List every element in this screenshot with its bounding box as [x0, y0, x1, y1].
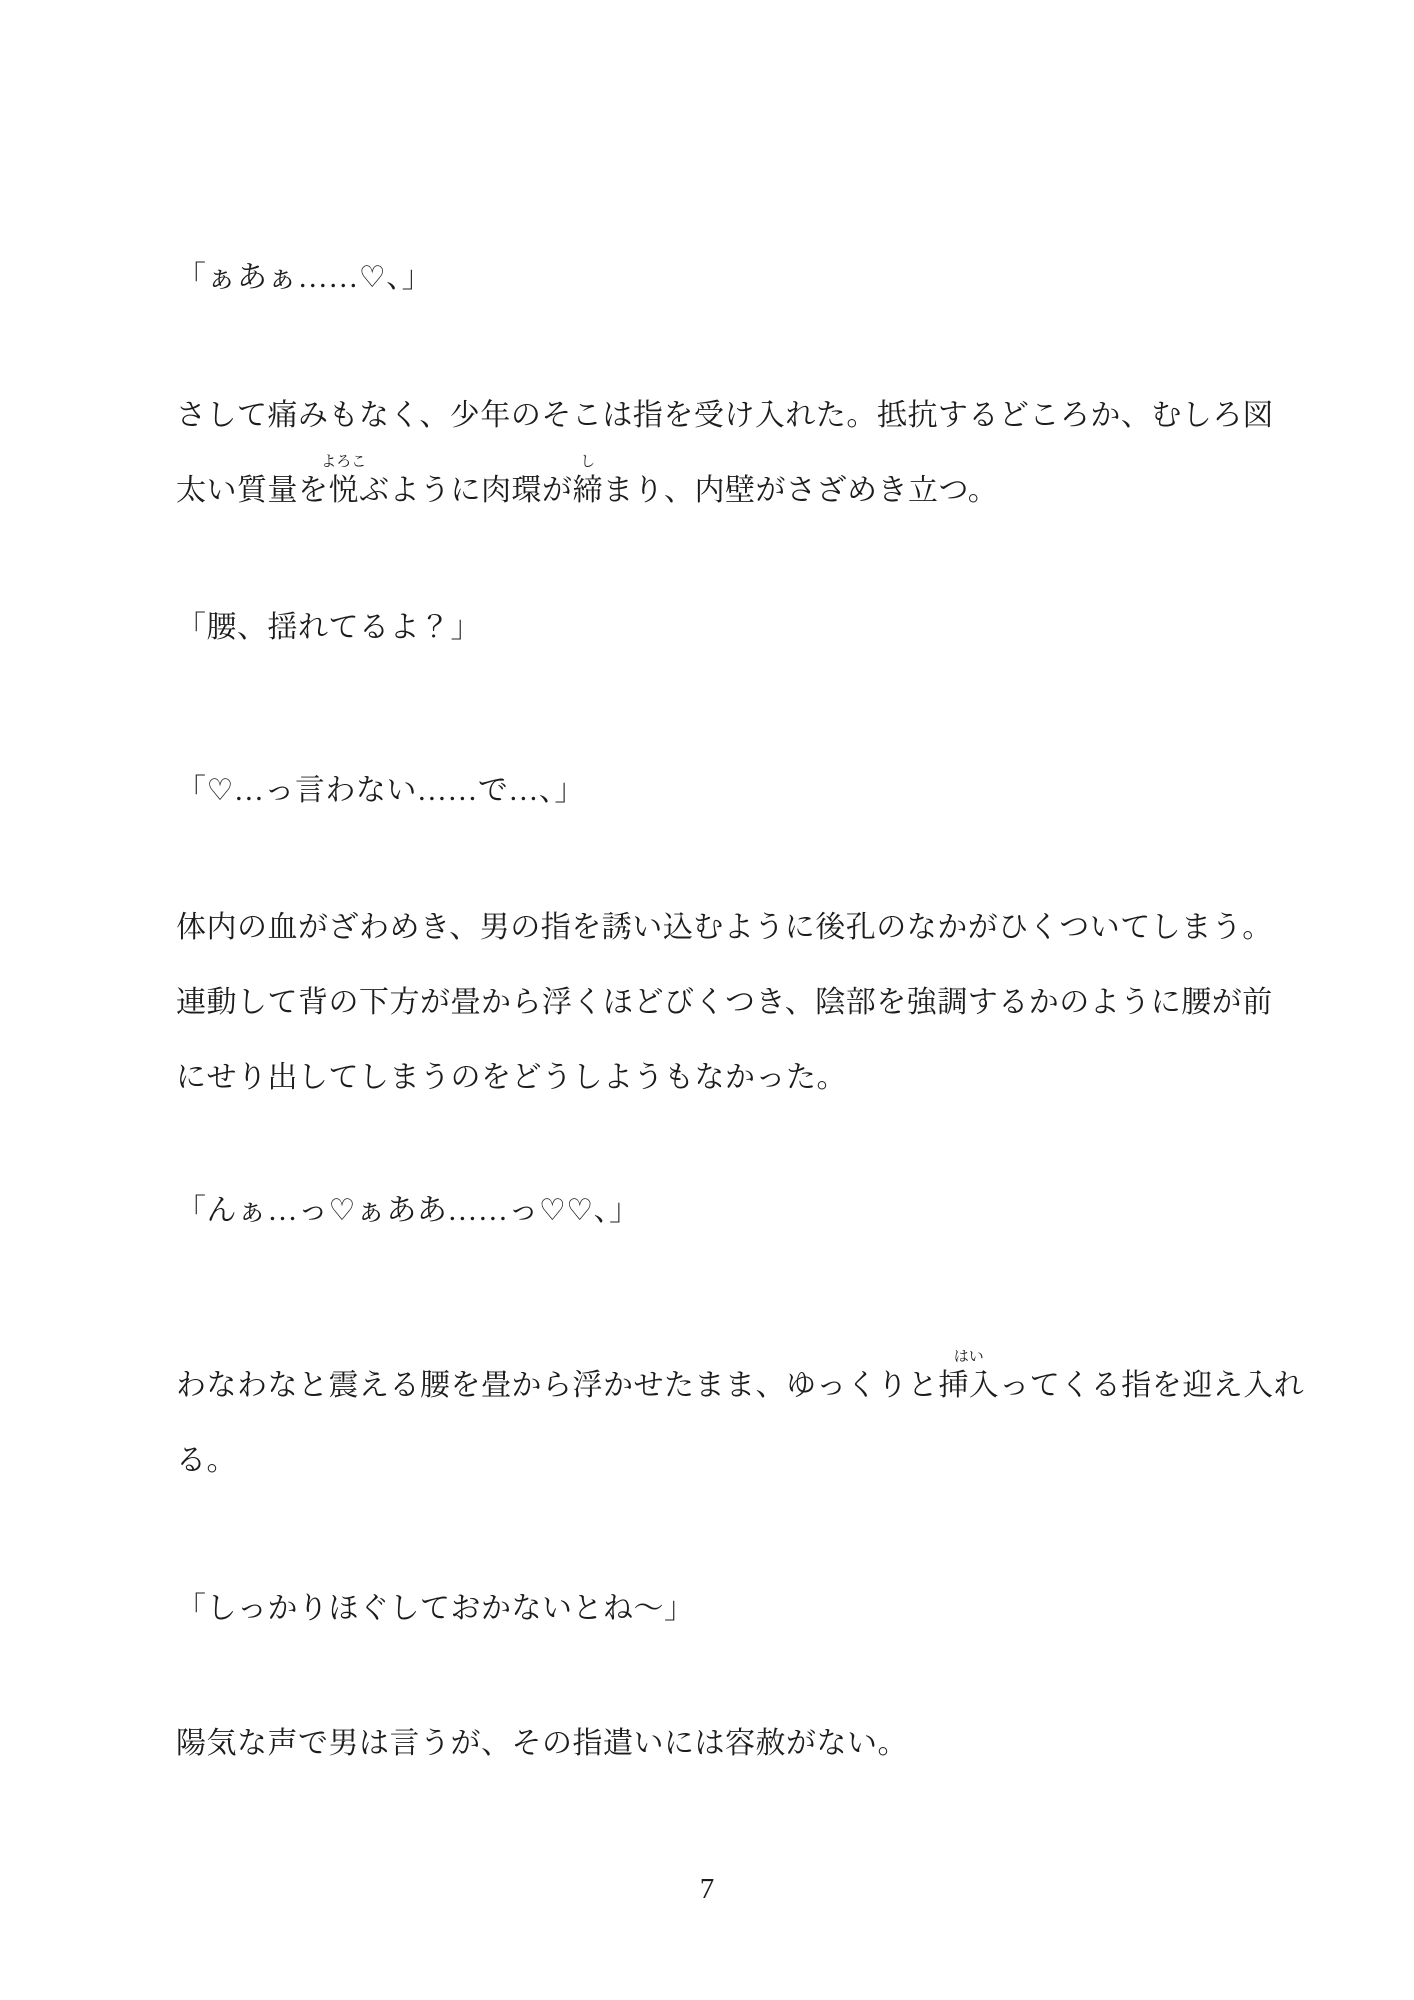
- dialogue-block: 「ぁあぁ……♡、」: [176, 240, 1236, 315]
- narration-block: さして痛みもなく、少年のそこは指を受け入れた。抵抗するどころか、むしろ図太い質量…: [176, 378, 1236, 528]
- furigana-ruby: し締: [573, 453, 604, 528]
- narration-block: 陽気な声で男は言うが、その指遣いには容赦がない。: [176, 1706, 1236, 1781]
- furigana-ruby: はい挿入: [938, 1348, 999, 1423]
- furigana-text: はい: [954, 1350, 984, 1365]
- text-line: 「腰、揺れてるよ？」: [176, 590, 1236, 665]
- text-line: にせり出してしまうのをどうしようもなかった。: [176, 1040, 1236, 1115]
- furigana-text: し: [580, 455, 595, 470]
- text-line: 「♡…っ言わない……で…、」: [176, 753, 1236, 828]
- text-line: わなわなと震える腰を畳から浮かせたまま、ゆっくりとはい挿入ってくる指を迎え入れ: [176, 1348, 1236, 1423]
- dialogue-block: 「♡…っ言わない……で…、」: [176, 753, 1236, 828]
- text-line: さして痛みもなく、少年のそこは指を受け入れた。抵抗するどころか、むしろ図: [176, 378, 1236, 453]
- narration-block: 体内の血がざわめき、男の指を誘い込むように後孔のなかがひくついてしまう。連動して…: [176, 890, 1236, 1115]
- text-line: 「んぁ…っ♡ぁああ……っ♡♡、」: [176, 1173, 1236, 1248]
- text-blocks: 「ぁあぁ……♡、」さして痛みもなく、少年のそこは指を受け入れた。抵抗するどころか…: [176, 0, 1236, 1781]
- dialogue-block: 「しっかりほぐしておかないとね〜」: [176, 1571, 1236, 1646]
- text-line: る。: [176, 1423, 1236, 1498]
- text-line: 陽気な声で男は言うが、その指遣いには容赦がない。: [176, 1706, 1236, 1781]
- dialogue-block: 「んぁ…っ♡ぁああ……っ♡♡、」: [176, 1173, 1236, 1248]
- narration-block: わなわなと震える腰を畳から浮かせたまま、ゆっくりとはい挿入ってくる指を迎え入れる…: [176, 1348, 1236, 1498]
- furigana-text: よろこ: [321, 455, 366, 470]
- text-line: 「しっかりほぐしておかないとね〜」: [176, 1571, 1236, 1646]
- furigana-ruby: よろこ悦: [329, 453, 360, 528]
- text-line: 体内の血がざわめき、男の指を誘い込むように後孔のなかがひくついてしまう。: [176, 890, 1236, 965]
- text-line: 太い質量をよろこ悦ぶように肉環がし締まり、内壁がさざめき立つ。: [176, 453, 1236, 528]
- text-line: 「ぁあぁ……♡、」: [176, 240, 1236, 315]
- document-page: 「ぁあぁ……♡、」さして痛みもなく、少年のそこは指を受け入れた。抵抗するどころか…: [0, 0, 1414, 2000]
- dialogue-block: 「腰、揺れてるよ？」: [176, 590, 1236, 665]
- page-number: 7: [0, 1872, 1414, 1906]
- text-line: 連動して背の下方が畳から浮くほどびくつき、陰部を強調するかのように腰が前: [176, 965, 1236, 1040]
